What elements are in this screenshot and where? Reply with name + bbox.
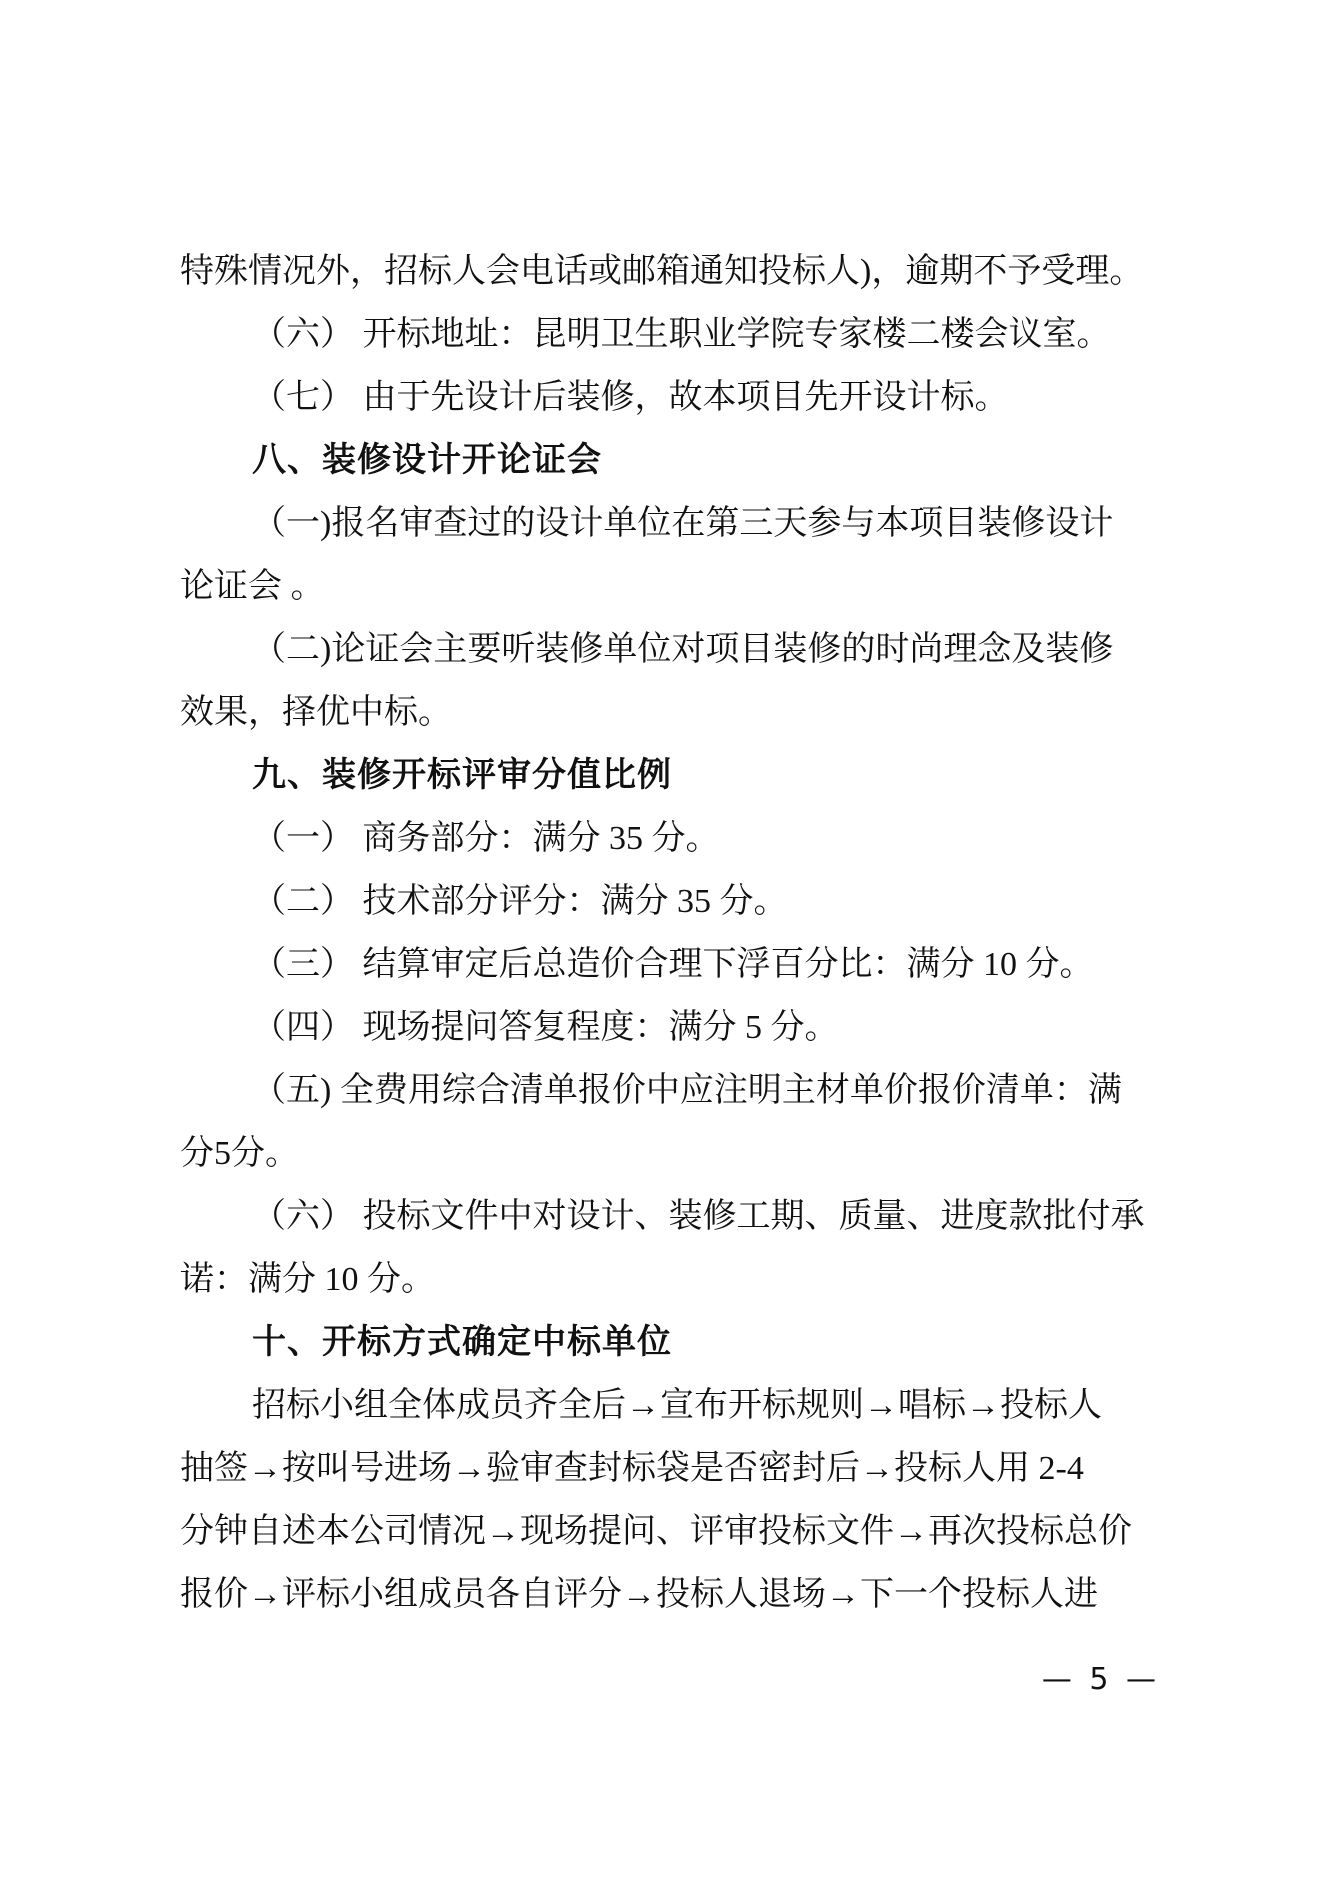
document-line: （一)报名审查过的设计单位在第三天参与本项目装修设计: [180, 492, 1157, 555]
document-line: （二)论证会主要听装修单位对项目装修的时尚理念及装修: [180, 618, 1157, 681]
document-line: 论证会 。: [180, 555, 1157, 618]
document-line: 分钟自述本公司情况→现场提问、评审投标文件→再次投标总价: [180, 1500, 1157, 1563]
document-body: 特殊情况外，招标人会电话或邮箱通知投标人)，逾期不予受理。（六） 开标地址：昆明…: [180, 240, 1157, 1626]
document-page: 特殊情况外，招标人会电话或邮箱通知投标人)，逾期不予受理。（六） 开标地址：昆明…: [0, 0, 1337, 1891]
document-line: （六） 开标地址：昆明卫生职业学院专家楼二楼会议室。: [180, 303, 1157, 366]
document-line: 分5分。: [180, 1122, 1157, 1185]
document-line: 特殊情况外，招标人会电话或邮箱通知投标人)，逾期不予受理。: [180, 240, 1157, 303]
document-line: 效果，择优中标。: [180, 681, 1157, 744]
document-line: （七） 由于先设计后装修，故本项目先开设计标。: [180, 366, 1157, 429]
document-line: （五) 全费用综合清单报价中应注明主材单价报价清单：满: [180, 1059, 1157, 1122]
document-line: （四） 现场提问答复程度：满分 5 分。: [180, 996, 1157, 1059]
document-line: （一） 商务部分：满分 35 分。: [180, 807, 1157, 870]
section-heading: 八、装修设计开论证会: [180, 429, 1157, 492]
section-heading: 九、装修开标评审分值比例: [180, 744, 1157, 807]
document-line: 诺：满分 10 分。: [180, 1248, 1157, 1311]
section-heading: 十、开标方式确定中标单位: [180, 1311, 1157, 1374]
document-line: （六） 投标文件中对设计、装修工期、质量、进度款批付承: [180, 1185, 1157, 1248]
document-line: 报价→评标小组成员各自评分→投标人退场→下一个投标人进: [180, 1563, 1157, 1626]
document-line: 抽签→按叫号进场→验审查封标袋是否密封后→投标人用 2-4: [180, 1437, 1157, 1500]
document-lines: 特殊情况外，招标人会电话或邮箱通知投标人)，逾期不予受理。（六） 开标地址：昆明…: [180, 240, 1157, 1626]
document-line: （二） 技术部分评分：满分 35 分。: [180, 870, 1157, 933]
document-line: 招标小组全体成员齐全后→宣布开标规则→唱标→投标人: [180, 1374, 1157, 1437]
page-number: — 5 —: [1042, 1662, 1160, 1697]
document-line: （三） 结算审定后总造价合理下浮百分比：满分 10 分。: [180, 933, 1157, 996]
